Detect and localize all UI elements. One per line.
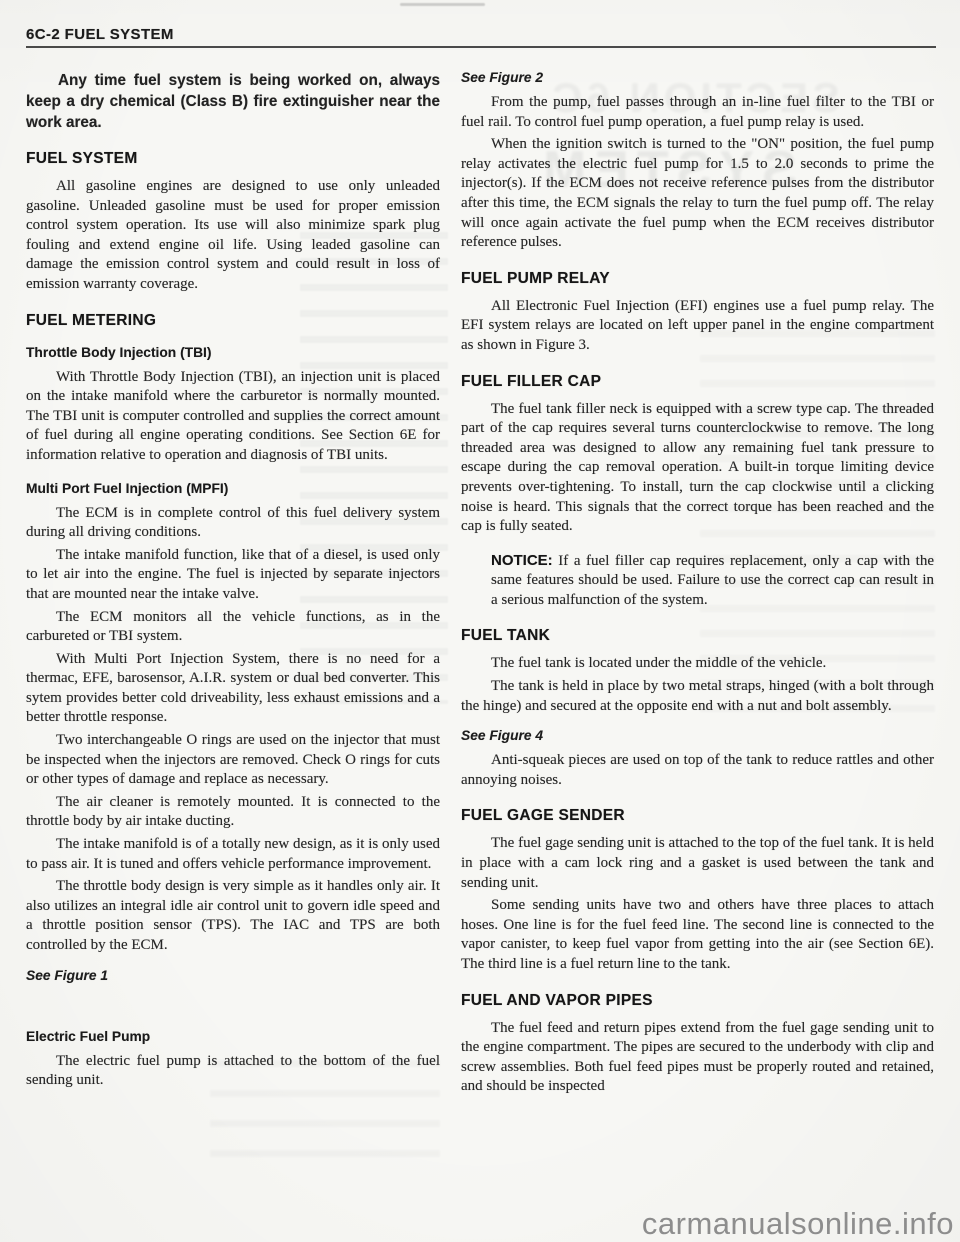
paragraph-fuel-pump-relay: All Electronic Fuel Injection (EFI) engi… (461, 297, 934, 356)
notice-block: NOTICE: If a fuel filler cap requires re… (491, 551, 934, 611)
watermark: carmanualsonline.info (642, 1206, 954, 1242)
paragraph-fig2-1: From the pump, fuel passes through an in… (461, 93, 934, 132)
subheading-mpfi: Multi Port Fuel Injection (MPFI) (26, 481, 440, 496)
paragraph-mpfi-4: With Multi Port Injection System, there … (26, 650, 440, 728)
notice-text: If a fuel filler cap requires replacemen… (491, 553, 934, 608)
manual-page: 6C-2 FUEL SYSTEM Any time fuel system is… (26, 26, 936, 1100)
heading-fuel-tank: FUEL TANK (461, 627, 934, 645)
notice-label: NOTICE: (491, 552, 553, 569)
paragraph-fuel-tank-3: Anti-squeak pieces are used on top of th… (461, 751, 934, 790)
header-rule (26, 46, 936, 48)
heading-fuel-system: FUEL SYSTEM (26, 150, 440, 168)
figure-ref-4: See Figure 4 (461, 728, 934, 743)
heading-fuel-gage-sender: FUEL GAGE SENDER (461, 807, 934, 825)
paragraph-fuel-system: All gasoline engines are designed to use… (26, 177, 440, 295)
paragraph-fuel-tank-2: The tank is held in place by two metal s… (461, 677, 934, 716)
paragraph-mpfi-1: The ECM is in complete control of this f… (26, 504, 440, 543)
figure-ref-2: See Figure 2 (461, 70, 934, 85)
paragraph-mpfi-6: The air cleaner is remotely mounted. It … (26, 793, 440, 832)
page-header: 6C-2 FUEL SYSTEM (26, 26, 936, 43)
heading-fuel-pump-relay: FUEL PUMP RELAY (461, 270, 934, 288)
figure-ref-1: See Figure 1 (26, 968, 440, 983)
paragraph-mpfi-5: Two interchangeable O rings are used on … (26, 731, 440, 790)
intro-warning-paragraph: Any time fuel system is being worked on,… (26, 70, 440, 133)
paragraph-electric-fuel-pump: The electric fuel pump is attached to th… (26, 1052, 440, 1091)
paragraph-mpfi-3: The ECM monitors all the vehicle functio… (26, 608, 440, 647)
subheading-electric-fuel-pump: Electric Fuel Pump (26, 1029, 440, 1044)
paragraph-fuel-gage-sender-2: Some sending units have two and others h… (461, 896, 934, 974)
column-right: See Figure 2 From the pump, fuel passes … (461, 70, 934, 1100)
paragraph-fig2-2: When the ignition switch is turned to th… (461, 135, 934, 253)
paragraph-tbi: With Throttle Body Injection (TBI), an i… (26, 368, 440, 466)
paragraph-mpfi-7: The intake manifold is of a totally new … (26, 835, 440, 874)
column-left: Any time fuel system is being worked on,… (26, 70, 440, 1100)
paragraph-fuel-gage-sender-1: The fuel gage sending unit is attached t… (461, 834, 934, 893)
paragraph-fuel-filler-cap: The fuel tank filler neck is equipped wi… (461, 400, 934, 537)
paragraph-mpfi-2: The intake manifold function, like that … (26, 546, 440, 605)
heading-fuel-filler-cap: FUEL FILLER CAP (461, 373, 934, 391)
heading-fuel-and-vapor-pipes: FUEL AND VAPOR PIPES (461, 992, 934, 1010)
paragraph-fuel-and-vapor-pipes: The fuel feed and return pipes extend fr… (461, 1019, 934, 1097)
scan-artifact (400, 3, 485, 6)
paragraph-mpfi-8: The throttle body design is very simple … (26, 877, 440, 955)
subheading-tbi: Throttle Body Injection (TBI) (26, 345, 440, 360)
heading-fuel-metering: FUEL METERING (26, 312, 440, 330)
paragraph-fuel-tank-1: The fuel tank is located under the middl… (461, 654, 934, 674)
